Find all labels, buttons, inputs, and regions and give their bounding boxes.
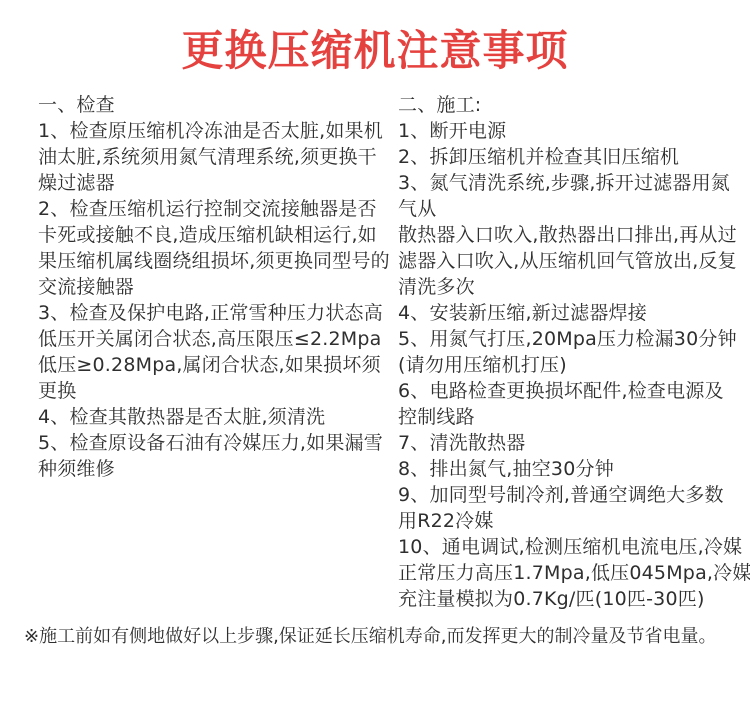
text-line: 清洗多次 [398, 274, 750, 300]
text-line: 低压开关属闭合状态,高压限压≤2.2Mpa [38, 326, 398, 352]
text-line: 5、检查原设备石油有冷媒压力,如果漏雪 [38, 430, 398, 456]
content-columns: 一、检查1、检查原压缩机冷冻油是否太脏,如果机油太脏,系统须用氮气清理系统,须更… [0, 92, 750, 612]
text-line: 2、检查压缩机运行控制交流接触器是否 [38, 196, 398, 222]
text-line: 种须维修 [38, 456, 398, 482]
page-title: 更换压缩机注意事项 [0, 0, 750, 76]
text-line: 低压≥0.28Mpa,属闭合状态,如果损坏须 [38, 352, 398, 378]
text-line: 3、氮气清洗系统,步骤,拆开过滤器用氮 [398, 170, 750, 196]
text-line: 二、施工: [398, 92, 750, 118]
text-line: 油太脏,系统须用氮气清理系统,须更换干 [38, 144, 398, 170]
text-line: 卡死或接触不良,造成压缩机缺相运行,如 [38, 222, 398, 248]
text-line: 5、用氮气打压,20Mpa压力检漏30分钟 [398, 326, 750, 352]
text-line: 10、通电调试,检测压缩机电流电压,冷媒 [398, 534, 750, 560]
text-line: 4、检查其散热器是否太脏,须清洗 [38, 404, 398, 430]
text-line: 交流接触器 [38, 274, 398, 300]
text-line: 更换 [38, 378, 398, 404]
text-line: 果压缩机属线圈绕组损坏,须更换同型号的 [38, 248, 398, 274]
text-line: 一、检查 [38, 92, 398, 118]
text-line: 8、排出氮气,抽空30分钟 [398, 456, 750, 482]
text-line: 用R22冷媒 [398, 508, 750, 534]
text-line: 2、拆卸压缩机并检查其旧压缩机 [398, 144, 750, 170]
text-line: 燥过滤器 [38, 170, 398, 196]
text-line: 6、电路检查更换损坏配件,检查电源及 [398, 378, 750, 404]
text-line: 气从 [398, 196, 750, 222]
text-line: 控制线路 [398, 404, 750, 430]
document-page: 更换压缩机注意事项 一、检查1、检查原压缩机冷冻油是否太脏,如果机油太脏,系统须… [0, 0, 750, 711]
left-column-inspection: 一、检查1、检查原压缩机冷冻油是否太脏,如果机油太脏,系统须用氮气清理系统,须更… [38, 92, 398, 612]
text-line: 1、检查原压缩机冷冻油是否太脏,如果机 [38, 118, 398, 144]
footer-note: ※施工前如有侧地做好以上步骤,保证延长压缩机寿命,而发挥更大的制冷量及节省电量。 [0, 624, 750, 650]
text-line: 散热器入口吹入,散热器出口排出,再从过 [398, 222, 750, 248]
text-line: 滤器入口吹入,从压缩机回气管放出,反复 [398, 248, 750, 274]
text-line: 4、安装新压缩,新过滤器焊接 [398, 300, 750, 326]
right-column-construction: 二、施工:1、断开电源2、拆卸压缩机并检查其旧压缩机3、氮气清洗系统,步骤,拆开… [398, 92, 750, 612]
text-line: 9、加同型号制冷剂,普通空调绝大多数 [398, 482, 750, 508]
text-line: 3、检查及保护电路,正常雪种压力状态高 [38, 300, 398, 326]
text-line: 充注量模拟为0.7Kg/匹(10匹-30匹) [398, 586, 750, 612]
text-line: 正常压力高压1.7Mpa,低压045Mpa,冷媒 [398, 560, 750, 586]
text-line: 1、断开电源 [398, 118, 750, 144]
text-line: (请勿用压缩机打压) [398, 352, 750, 378]
text-line: 7、清洗散热器 [398, 430, 750, 456]
